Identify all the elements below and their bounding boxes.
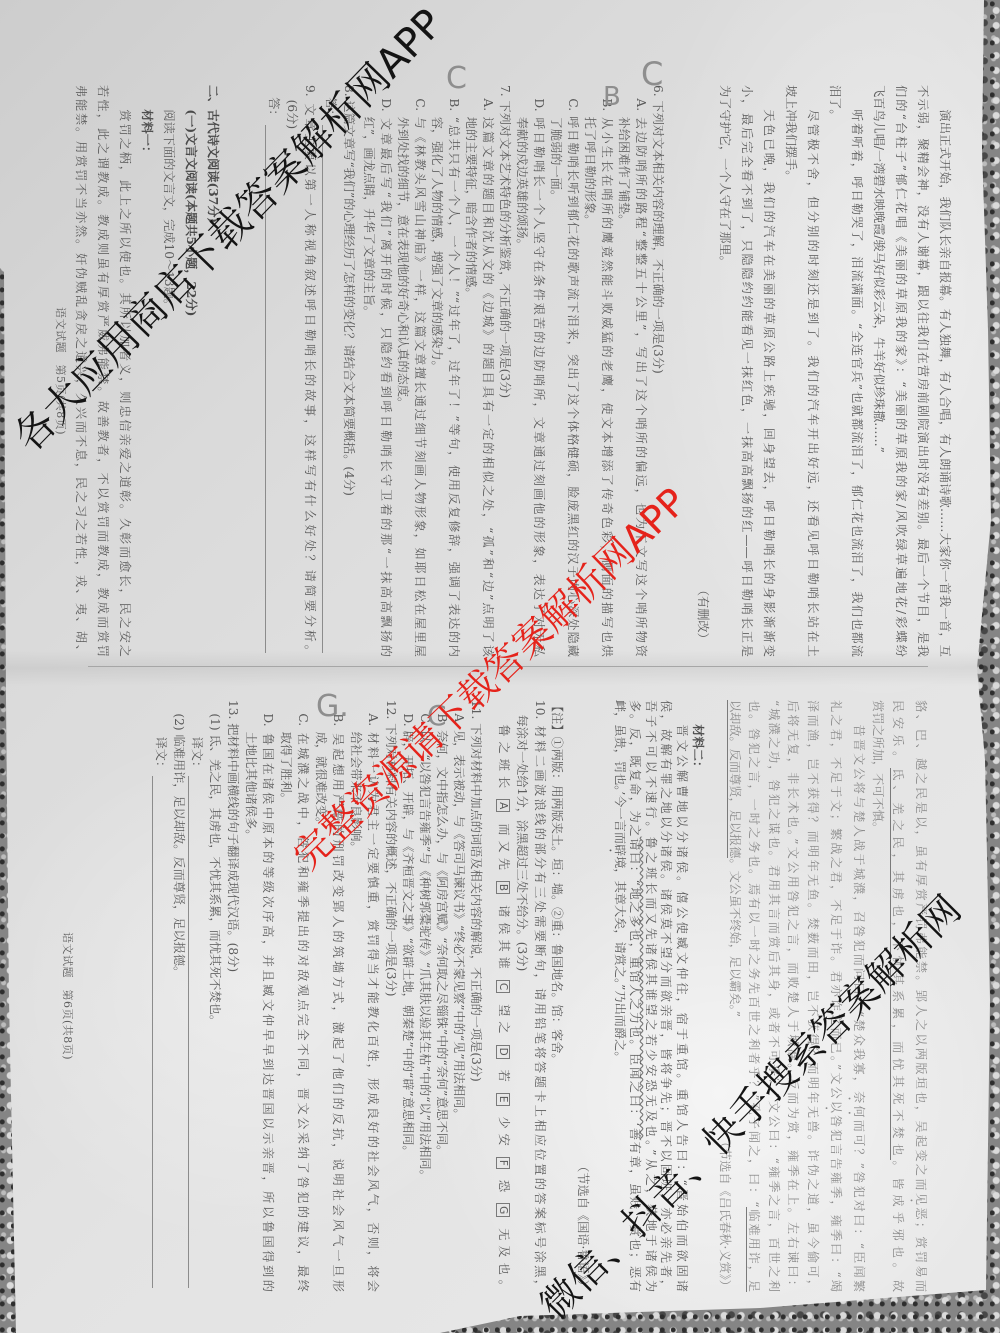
exam-page-5: 演出正式开始，我们队长亲自报幕。有人独舞，有人合唱，有人朗诵诗歌……大家你一首我… bbox=[0, 85, 1000, 657]
marked-text: 奈何 bbox=[852, 1091, 866, 1120]
marked-text: 临难用诈，足 bbox=[747, 1207, 762, 1292]
answer-line: 译文： bbox=[188, 700, 206, 1292]
material-label: 材料一： bbox=[136, 85, 158, 657]
text-line: 们的“台柱子”郁仁花唱《美丽的草原我的家》：“美丽的草原我的家/风吹绿草遍地花/… bbox=[890, 85, 912, 657]
instruction-line: 阅读下面的文言文，完成10～13题。 bbox=[158, 85, 180, 657]
text-segment: 恶；赏罚易而 bbox=[914, 1207, 928, 1292]
question-stem: 13. 把材料中画横线的句子翻译成现代汉语。(8分) bbox=[224, 700, 242, 1292]
marked-text: 见 bbox=[914, 1193, 928, 1208]
answer-blank bbox=[152, 776, 165, 1288]
question-11: 11. 下列对材料中加点的词语及相关内容的解说，不正确的一项是(3分)A. 见，… bbox=[399, 700, 484, 1292]
text-segment: 少安 bbox=[497, 1112, 511, 1151]
answer-label: 译文： bbox=[152, 737, 170, 774]
text-segment: 诸侯其谁 bbox=[497, 900, 511, 974]
answer-line: 答： bbox=[322, 85, 340, 657]
text-line: 泽而渔，岂不获得？而明年无鱼。焚薮而田，岂不获得？而明年无兽。诈伪之道，虽今偷可… bbox=[803, 700, 823, 1292]
answer-option: B. 奈何，文中指怎么办，与《阿房宫赋》“奈何取之尽锱铢”中的“奈何”意思不同。 bbox=[433, 700, 450, 1292]
handwritten-mark: B bbox=[603, 84, 621, 110]
text-segment: 衅，虽贵，罚也。’今一言而 bbox=[613, 700, 627, 844]
text-segment: 吾子不可以不速行。 bbox=[644, 700, 658, 837]
question-continuation: 每涂对一处给1分，涂黑超过三处不给分。(3分) bbox=[513, 700, 531, 1292]
option-continuation: 了脆弱的一面。 bbox=[547, 85, 564, 657]
text-segment: 而可？”咎犯对曰：“臣闻繁 bbox=[852, 1120, 866, 1292]
answer-label: 答： bbox=[265, 97, 283, 121]
text-line: 后将无复，非长术也。”文公用咎犯之言，而败楚人于城濮。反而为赏，雍季在上。左右谏… bbox=[783, 700, 803, 1292]
text-line: “城濮之功，咎犯之谋也。君用其言而赏后其身，或者不可乎？”文公曰：“雍季之言，百… bbox=[764, 700, 784, 1292]
question-8: 8. 这篇文章写“我们”的心理经历了怎样的变化？请结合文本简要概括。(4分)答： bbox=[322, 85, 358, 657]
text-segment: 咎犯言告雍季，雍季曰：“竭 bbox=[829, 1115, 843, 1292]
marked-text: 鲁之班长而又先诸侯其谁望之若少安恐无及也 bbox=[644, 837, 658, 1141]
answer-option: C. 在城濮之战中，咎犯和雍季提出的对敌观点完全不同，晋文公采纳了咎犯的建议，最… bbox=[294, 700, 312, 1292]
marked-text: 辟 bbox=[613, 844, 627, 856]
paragraph-start: 尽管极不舍，但分别的时刻还是到了。我们的汽车开出好远，还看见呼日勒哨长站在土 bbox=[802, 85, 824, 657]
source-citation: （节选自《国语·鲁语》） bbox=[574, 700, 592, 1304]
sentence-break-marker: G bbox=[496, 1203, 510, 1217]
handwritten-mark: C bbox=[641, 58, 663, 90]
option-continuation: 奉献的戍边英雄的颂扬。 bbox=[513, 85, 530, 657]
text-segment: 无及也。 bbox=[497, 1223, 511, 1292]
question-stem: 7. 下列对文本艺术特色的分析鉴赏，不正确的一项是(3分) bbox=[496, 85, 513, 657]
sentence-break-marker: A bbox=[496, 799, 510, 812]
option-continuation: 外到处找的细节，意在表现他的好奇心和认真的态度。 bbox=[394, 85, 411, 657]
annotation-note: 【注】①两版：用两版夹土。垣：墙。②重：鲁国地名。馆：客舍。 bbox=[548, 700, 566, 1292]
text-line: 坡上冲我们摆手。 bbox=[780, 85, 802, 657]
paragraph-start: 听着听着，呼日勒哭了，泪流满面。“全连官兵”也就都流泪了，郁仁花也流泪了，我们也… bbox=[846, 85, 868, 657]
option-continuation: 红”，画龙点睛，升华了文章的主旨。 bbox=[360, 85, 377, 657]
paragraph-start: 天色已晚，我们的汽车在美丽的草原公路上疾驰，回身望去，呼日勒哨长的身影渐渐变 bbox=[758, 85, 780, 657]
text-segment: 若 bbox=[497, 1065, 511, 1087]
text-segment: 民安乐。 bbox=[891, 700, 905, 768]
text-line: 貉、巴、越之民是以，虽有厚赏严罚弗能禁。郢人之以两版垣也，吴起变之而见恶；赏罚易… bbox=[907, 700, 930, 1292]
section-subheading: (一)文言文阅读(本题共5小题，22分) bbox=[180, 85, 202, 657]
option-continuation: 取得了胜利。 bbox=[277, 700, 295, 1292]
text-line: 也。咎犯之言，一时之务也。焉有以一时之务先百世之利者乎？”孔子闻之，曰：“临难用… bbox=[744, 700, 764, 1292]
answer-option: C. 与《林教头风雪山神庙》一样，这篇文章擅长通过细节刻画人物形象，如耶日松在屋… bbox=[411, 85, 428, 657]
question-stem: 8. 这篇文章写“我们”的心理经历了怎样的变化？请结合文本简要概括。(4分) bbox=[340, 85, 358, 657]
translation-item: (1) 氐、羌之民，其虏也，不忧其系累，而忧其死不焚也。 bbox=[206, 700, 224, 1292]
text-line: 不示弱，聚精会神，没有人谢幕，跟以往我们在营房前剧院演出时没有差别。最后一个节目… bbox=[912, 85, 934, 657]
sentence-break-marker: E bbox=[496, 1093, 510, 1106]
question-stem: 6. 下列对文本相关内容的理解，不正确的一项是(3分) bbox=[649, 85, 666, 657]
answer-line: 译文： bbox=[152, 700, 170, 1292]
text-segment: 而又先 bbox=[497, 818, 511, 875]
text-line: 小，最后完全看不到了，只隐隐约约能看见一抹红色，一抹高高飘扬的红——呼日勒哨长正… bbox=[736, 85, 758, 657]
text-segment: 境，其章大矣，请赏之。”乃出而爵之。 bbox=[613, 856, 627, 1063]
answer-blank bbox=[188, 776, 201, 1288]
answer-option: A. 见，表示被动，与《答司马谏议书》“终必不蒙见察”中的“见”用法相同。 bbox=[450, 700, 467, 1292]
answer-option: B. “总共只有一个人，一个人！”“过年了，过年了！”等句，使用反复修辞，强调了… bbox=[445, 85, 462, 657]
handwritten-mark: G. bbox=[316, 692, 349, 722]
marked-text: 以 bbox=[829, 1101, 843, 1115]
text-segment: 恐 bbox=[497, 1175, 511, 1197]
question-stem: 11. 下列对材料中加点的词语及相关内容的解说，不正确的一项是(3分) bbox=[467, 700, 484, 1292]
translation-item: (2) 临难用诈，足以却敌。反而尊贤，足以报德。 bbox=[170, 700, 188, 1292]
text-segment: 望之 bbox=[497, 999, 511, 1038]
sentence-break-marker: C bbox=[496, 980, 510, 993]
answer-blank bbox=[322, 125, 335, 653]
answer-option: C. 以，“以咎犯言告雍季”与《种树郭橐驼传》“爪其肤以验其生枯”中的“以”用法… bbox=[416, 700, 433, 1292]
handwritten-mark: C bbox=[446, 64, 467, 94]
section-heading: 二、古代诗文阅读(37分) bbox=[202, 85, 224, 657]
paragraph-start: 演出正式开始，我们队长亲自报幕。有人独舞，有人合唱，有人朗诵诗歌……大家你一首我… bbox=[934, 85, 956, 657]
answer-option: D. 鲁国在诸侯中原本的等级次序高，并且臧文仲早早到达晋国以示亲晋，所以鲁国得到… bbox=[259, 700, 277, 1292]
text-segment: 鲁之班长 bbox=[497, 724, 511, 793]
source-citation: （有删改） bbox=[692, 85, 714, 657]
text-segment: 昔晋文公将与楚人战于城濮，召咎犯而问曰：“楚众我寡， bbox=[852, 724, 866, 1091]
option-continuation: 地的主要特征，暗含作者的情感。 bbox=[462, 85, 479, 657]
page-footer: 语文试题 第6页(共8页) bbox=[59, 700, 75, 1292]
question-stem: 10. 材料二画波浪线的部分有三处需要断句，请用铅笔将答题卡上相应位置的答案标号… bbox=[531, 700, 549, 1292]
reading-passage-ending: 演出正式开始，我们队长亲自报幕。有人独舞，有人合唱，有人朗诵诗歌……大家你一首我… bbox=[692, 85, 956, 657]
text-line: 飞百鸟儿唱/一湾碧水映晚霞/骏马好似彩云朵，牛羊好似珍珠撒……” bbox=[868, 85, 890, 657]
material-1-continued: 貉、巴、越之民是以，虽有厚赏严罚弗能禁。郢人之以两版垣也，吴起变之而见恶；赏罚易… bbox=[725, 700, 931, 1292]
answer-label: 译文： bbox=[188, 737, 206, 774]
answer-option: D. 文章最后写“我们”离开的时候，只隐约看到呼日勒哨长守卫着的那“一抹高高飘扬… bbox=[377, 85, 394, 657]
answer-option: A. 去边防哨所的路程“整整五十公里”，写出了这个哨所的偏远，也为下文写这个哨所… bbox=[632, 85, 649, 657]
option-continuation: 土地比其他诸侯多。 bbox=[242, 700, 260, 1292]
question-13: 13. 把材料中画横线的句子翻译成现代汉语。(8分)(1) 氐、羌之民，其虏也，… bbox=[152, 700, 242, 1292]
text-segment: 。皆成乎邪也。故 bbox=[891, 1160, 905, 1292]
answer-option: D. 呼日勒哨长一个人坚守在条件艰苦的边防哨所，文章通过刻画他的形象，表达了对无… bbox=[530, 85, 547, 657]
sentence-break-marker: F bbox=[496, 1157, 510, 1169]
option-continuation: 成，就很难改变。 bbox=[312, 700, 330, 1292]
sentence-break-marker: D bbox=[496, 1045, 510, 1059]
instruction-line: 鲁之班长A而又先B诸侯其谁C望之D若E少安F恐G无及也。 bbox=[495, 700, 513, 1292]
source-citation: （节选自《吕氏春秋·义赏》） bbox=[715, 700, 735, 1304]
question-7: 7. 下列对文本艺术特色的分析鉴赏，不正确的一项是(3分)A. 这篇文章的题目和… bbox=[360, 85, 513, 657]
text-line: 泪了。 bbox=[824, 85, 846, 657]
text-line: 为了守护它，一个人守在了那里。 bbox=[714, 85, 736, 657]
question-10: 10. 材料二画波浪线的部分有三处需要断句，请用铅笔将答题卡上相应位置的答案标号… bbox=[495, 700, 549, 1292]
answer-option: A. 这篇文章的题目和沈从文的《边城》的题目具有一定的相似之处，“孤”和“边”点… bbox=[479, 85, 496, 657]
sentence-break-marker: B bbox=[496, 881, 510, 894]
option-continuation: 容，强化了人物的情感，增强了文章的感染力。 bbox=[428, 85, 445, 657]
material-label: 材料二： bbox=[688, 700, 708, 1316]
